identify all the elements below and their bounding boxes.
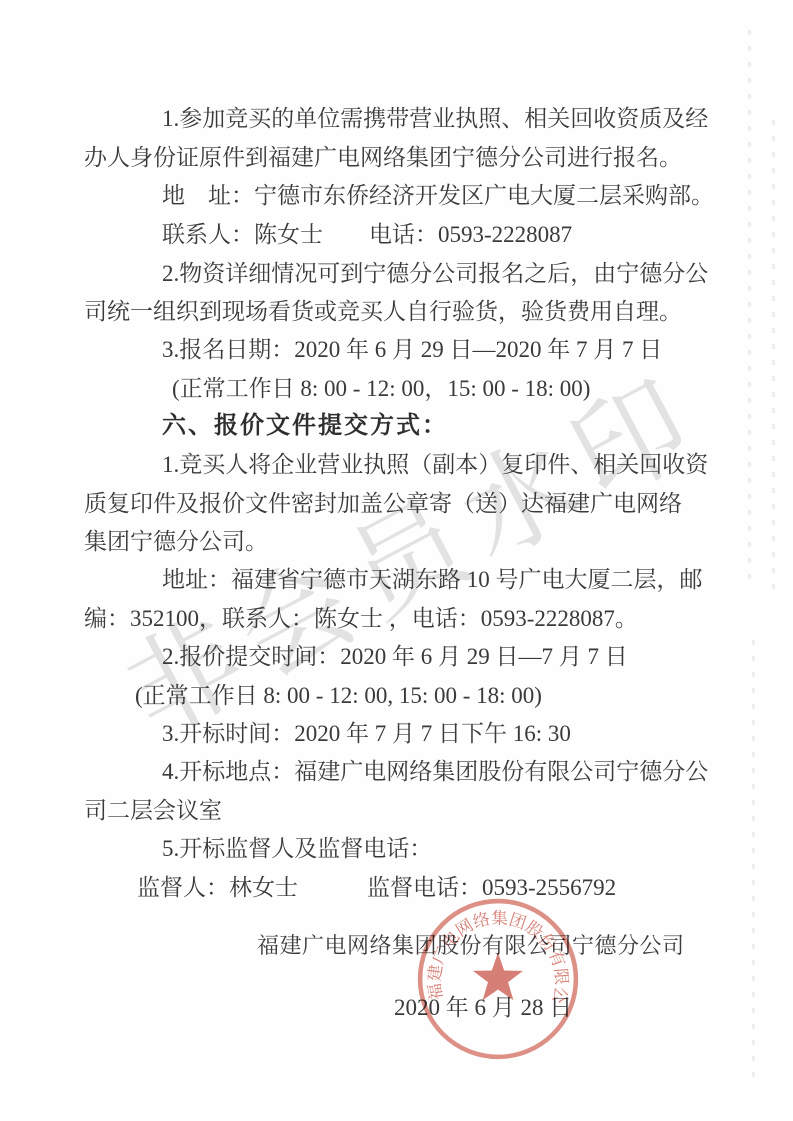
doc-line: 司统一组织到现场看货或竞买人自行验货，验货费用自理。 <box>84 297 682 327</box>
doc-line: 办人身份证原件到福建广电网络集团宁德分公司进行报名。 <box>84 143 682 173</box>
doc-line: 1.竞买人将企业营业执照（副本）复印件、相关回收资 <box>162 450 708 480</box>
scan-artifact <box>772 120 775 600</box>
doc-line: 集团宁德分公司。 <box>84 527 268 557</box>
doc-line: 编：352100，联系人：陈女士 ，电话：0593-2228087。 <box>84 604 638 634</box>
star-icon <box>473 953 523 1001</box>
work-hours-note: (正常工作日 8: 00 - 12: 00，15: 00 - 18: 00) <box>172 374 590 404</box>
scan-artifact <box>748 30 751 590</box>
company-seal: 福建广电网络集团股份有限公司宁德分公司 <box>412 894 584 1066</box>
doc-line: 2.物资详细情况可到宁德分公司报名之后，由宁德分公 <box>162 259 708 289</box>
doc-line: 1.参加竞买的单位需携带营业执照、相关回收资质及经 <box>162 104 708 134</box>
scan-artifact <box>752 640 755 1080</box>
doc-line: 5.开标监督人及监督电话： <box>162 834 432 864</box>
doc-line: 4.开标地点：福建广电网络集团股份有限公司宁德分公 <box>162 757 708 787</box>
doc-line: 2.报价提交时间：2020 年 6 月 29 日—7 月 7 日 <box>162 642 628 672</box>
doc-line: 地址：福建省宁德市天湖东路 10 号广电大厦二层，邮 <box>162 565 703 595</box>
doc-line: 3.开标时间：2020 年 7 月 7 日下午 16: 30 <box>162 719 571 749</box>
doc-line: 联系人：陈女士 电话：0593-2228087 <box>162 220 572 250</box>
document-page: 非会员水印 1.参加竞买的单位需携带营业执照、相关回收资质及经 办人身份证原件到… <box>0 0 793 1121</box>
section-heading: 六、报价文件提交方式： <box>162 411 448 441</box>
doc-line: 3.报名日期：2020 年 6 月 29 日—2020 年 7 月 7 日 <box>162 335 662 365</box>
work-hours-note: (正常工作日 8: 00 - 12: 00, 15: 00 - 18: 00) <box>135 681 542 711</box>
doc-line: 质复印件及报价文件密封加盖公章寄（送）达福建广电网络 <box>84 489 682 519</box>
doc-line: 地 址：宁德市东侨经济开发区广电大厦二层采购部。 <box>162 181 714 211</box>
doc-line: 司二层会议室 <box>84 796 222 826</box>
